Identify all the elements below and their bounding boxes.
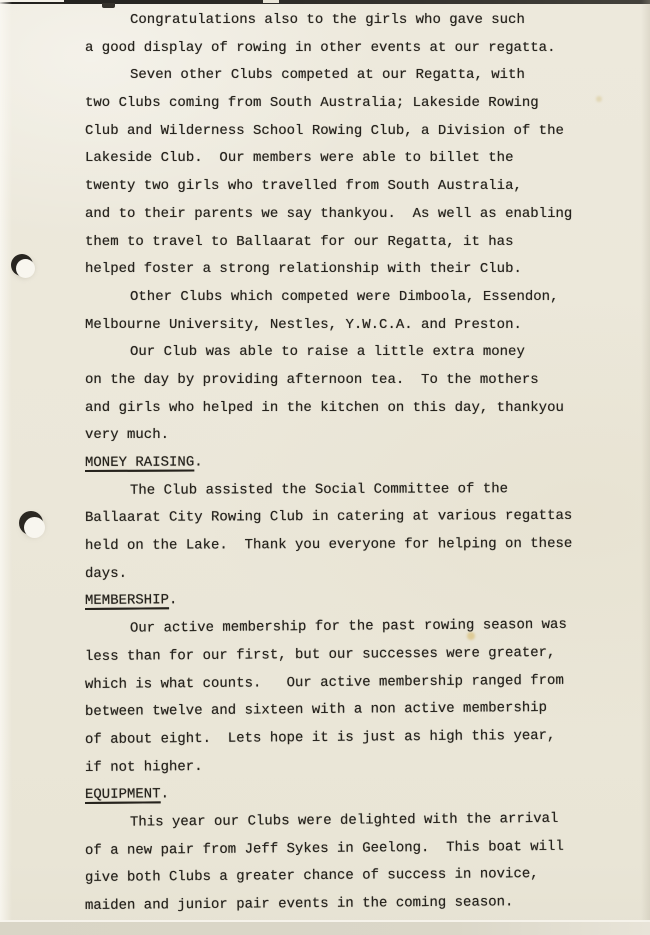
text-line: maiden and junior pair events in the com… bbox=[85, 888, 625, 920]
paper-left-edge bbox=[0, 0, 12, 935]
text-line: two Clubs coming from South Australia; L… bbox=[85, 90, 625, 118]
hole-punch-bottom-opening bbox=[24, 517, 45, 538]
document-body: Congratulations also to the girls who ga… bbox=[85, 7, 625, 921]
section-heading-label: MONEY RAISING bbox=[85, 455, 194, 471]
text-line: a good display of rowing in other events… bbox=[85, 35, 625, 63]
text-line: Melbourne University, Nestles, Y.W.C.A. … bbox=[85, 312, 625, 340]
paper-bottom-edge bbox=[0, 922, 650, 935]
text-line: Seven other Clubs competed at our Regatt… bbox=[85, 62, 625, 90]
text-line: and to their parents we say thankyou. As… bbox=[85, 201, 625, 229]
hole-punch-bottom bbox=[19, 511, 43, 535]
section-heading-period: . bbox=[194, 454, 202, 470]
text-line: on the day by providing afternoon tea. T… bbox=[85, 367, 625, 395]
text-line: This year our Clubs were delighted with … bbox=[85, 805, 625, 837]
text-line: and girls who helped in the kitchen on t… bbox=[85, 395, 625, 423]
scan-top-edge-notch bbox=[263, 0, 279, 3]
text-line: Other Clubs which competed were Dimboola… bbox=[85, 284, 625, 312]
section-heading-label: EQUIPMENT bbox=[85, 787, 161, 804]
section-heading-label: MEMBERSHIP bbox=[85, 593, 169, 610]
text-line: Our Club was able to raise a little extr… bbox=[85, 339, 625, 367]
section-heading-period: . bbox=[161, 787, 170, 803]
text-line: Congratulations also to the girls who ga… bbox=[85, 7, 625, 35]
section-heading-period: . bbox=[169, 593, 178, 609]
text-line: Club and Wilderness School Rowing Club, … bbox=[85, 118, 625, 146]
text-line: of about eight. Lets hope it is just as … bbox=[85, 722, 625, 754]
paper-right-edge bbox=[641, 0, 650, 935]
text-line: Lakeside Club. Our members were able to … bbox=[85, 145, 625, 173]
hole-punch-top-opening bbox=[16, 259, 35, 278]
text-line: very much. bbox=[85, 422, 625, 450]
scan-top-edge bbox=[0, 0, 650, 4]
text-line: Ballaarat City Rowing Club in catering a… bbox=[85, 503, 625, 533]
section-heading: MONEY RAISING. bbox=[85, 448, 625, 478]
text-line: helped foster a strong relationship with… bbox=[85, 256, 625, 284]
hole-punch-top bbox=[11, 254, 33, 276]
text-line: held on the Lake. Thank you everyone for… bbox=[85, 531, 625, 561]
text-line: them to travel to Ballaarat for our Rega… bbox=[85, 229, 625, 257]
scanned-document-page: Congratulations also to the girls who ga… bbox=[0, 0, 650, 935]
text-line: The Club assisted the Social Committee o… bbox=[85, 475, 625, 505]
text-line: less than for our first, but our success… bbox=[85, 639, 625, 671]
text-line: Our active membership for the past rowin… bbox=[85, 611, 625, 643]
text-line: twenty two girls who travelled from Sout… bbox=[85, 173, 625, 201]
